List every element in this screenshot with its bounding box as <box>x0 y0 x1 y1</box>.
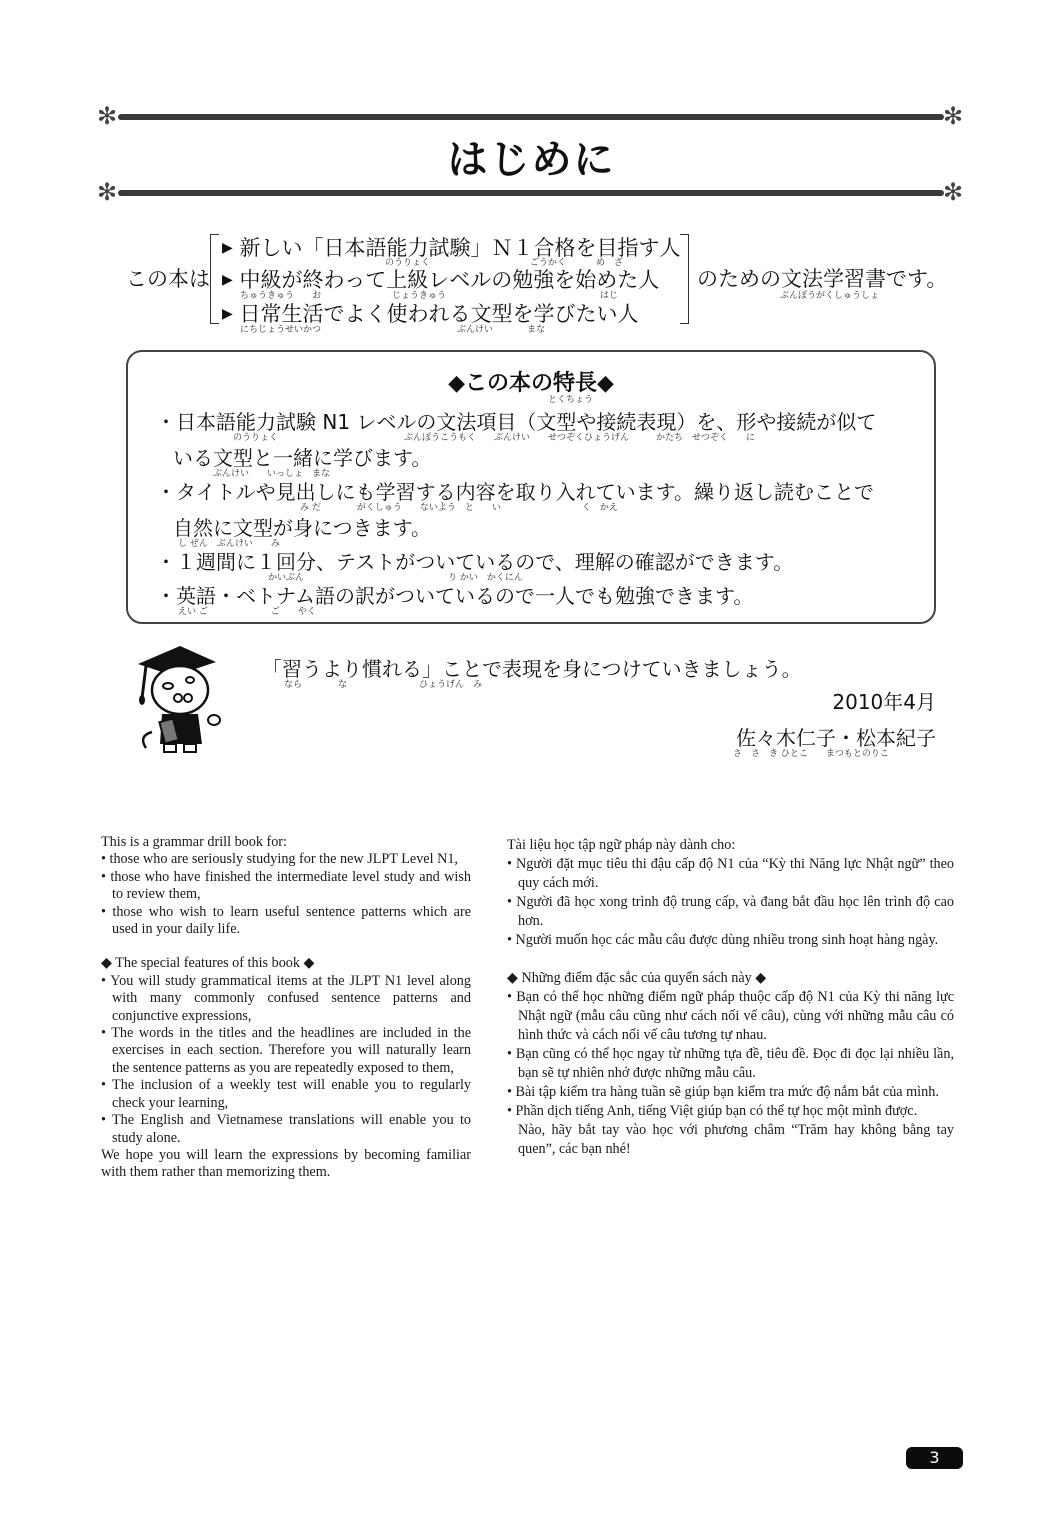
bracket-right <box>680 234 689 324</box>
page-number-badge: 3 <box>906 1447 963 1469</box>
publication-date: 2010年4月 <box>700 686 936 715</box>
english-feature-item: • The words in the titles and the headli… <box>101 1025 471 1077</box>
furigana: なら な ひょうげん み <box>284 677 482 690</box>
english-feature-item: • You will study grammatical items at th… <box>101 973 471 1025</box>
english-features-heading: ◆ The special features of this book ◆ <box>101 955 471 972</box>
bracket-left <box>210 234 219 324</box>
english-target-item: • those who wish to learn useful sentenc… <box>101 904 471 939</box>
vietnamese-target-item: • Người đặt mục tiêu thi đậu cấp độ N1 c… <box>507 855 954 893</box>
vietnamese-feature-item: • Bạn cũng có thể học ngay từ những tựa … <box>507 1045 954 1083</box>
furigana: ぶんぽうがくしゅうしょ <box>780 288 879 301</box>
asterisk-ornament-icon: ✻ <box>97 180 117 204</box>
vietnamese-feature-item: • Phần dịch tiếng Anh, tiếng Việt giúp b… <box>507 1102 954 1121</box>
vietnamese-features-heading: ◆ Những điểm đặc sắc của quyển sách này … <box>507 969 954 988</box>
features-heading: ◆この本の特長◆ <box>128 366 934 397</box>
vietnamese-feature-item: • Bài tập kiểm tra hàng tuần sẽ giúp bạn… <box>507 1083 954 1102</box>
furigana: にちじょうせいかつ <box>240 322 321 335</box>
asterisk-ornament-icon: ✻ <box>97 104 117 128</box>
page-title: はじめに <box>0 128 1063 185</box>
vietnamese-closing: Nào, hãy bắt tay vào học với phương châm… <box>507 1121 954 1159</box>
arrow-right-icon: ▶ <box>222 240 233 256</box>
title-rule-bottom <box>118 190 944 196</box>
vietnamese-feature-item: • Bạn có thể học những điểm ngữ pháp thu… <box>507 988 954 1045</box>
graduate-cat-mascot-icon <box>132 640 228 758</box>
features-box: ◆この本の特長◆ とくちょう ・日本語能力試験 N1 レベルの文法項目（文型や接… <box>126 350 936 624</box>
english-feature-item: • The inclusion of a weekly test will en… <box>101 1077 471 1112</box>
english-translation: This is a grammar drill book for: • thos… <box>101 834 471 1182</box>
vietnamese-translation: Tài liệu học tập ngữ pháp này dành cho: … <box>507 836 954 1159</box>
asterisk-ornament-icon: ✻ <box>943 180 963 204</box>
furigana: さ さ き ひとこ まつもとのりこ <box>733 746 889 759</box>
arrow-right-icon: ▶ <box>222 306 233 322</box>
vietnamese-target-item: • Người muốn học các mẫu câu được dùng n… <box>507 931 954 950</box>
vietnamese-intro: Tài liệu học tập ngữ pháp này dành cho: <box>507 836 954 855</box>
furigana: ぶんけい <box>457 322 493 335</box>
english-target-item: • those who have finished the intermedia… <box>101 869 471 904</box>
intro-lead-text: この本は <box>126 263 210 293</box>
english-intro: This is a grammar drill book for: <box>101 834 471 851</box>
english-feature-item: • The English and Vietnamese translation… <box>101 1112 471 1147</box>
vietnamese-target-item: • Người đã học xong trình độ trung cấp, … <box>507 893 954 931</box>
title-rule-top <box>118 114 944 120</box>
english-closing: We hope you will learn the expressions b… <box>101 1147 471 1182</box>
asterisk-ornament-icon: ✻ <box>943 104 963 128</box>
target-text: 中級が終わって上級レベルの勉強を始めた人 <box>239 268 659 292</box>
furigana: とくちょう <box>548 392 593 405</box>
furigana: えい ご ご やく <box>178 604 316 617</box>
furigana: まな <box>527 322 545 335</box>
arrow-right-icon: ▶ <box>222 272 233 288</box>
english-target-item: • those who are seriously studying for t… <box>101 851 471 868</box>
